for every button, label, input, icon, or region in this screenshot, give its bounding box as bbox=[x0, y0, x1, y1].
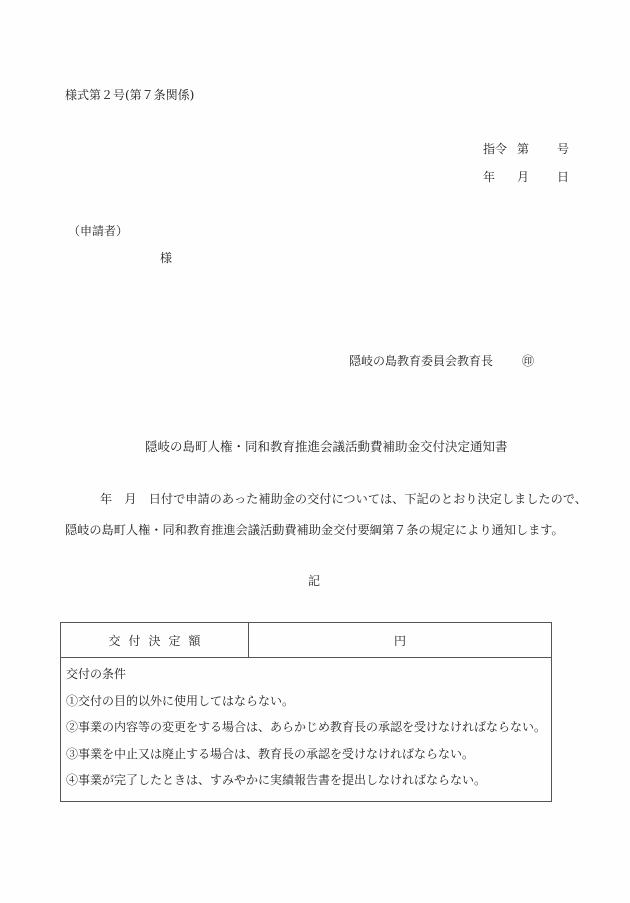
amount-value: 円 bbox=[249, 623, 551, 657]
ki-heading: 記 bbox=[308, 572, 320, 589]
condition-item: ②事業の内容等の変更をする場合は、あらかじめ教育長の承認を受けなければならない。 bbox=[66, 717, 547, 744]
condition-item: ④事業が完了したときは、すみやかに実績報告書を提出しなければならない。 bbox=[66, 770, 547, 797]
date-year: 年 bbox=[483, 168, 517, 185]
amount-unit: 円 bbox=[394, 632, 406, 649]
conditions-title: 交付の条件 bbox=[66, 664, 547, 691]
condition-item: ①交付の目的以外に使用してはならない。 bbox=[66, 691, 547, 718]
seal-mark: ㊞ bbox=[522, 352, 534, 369]
order-number: 指令第号 bbox=[483, 140, 569, 157]
applicant-label: （申請者） bbox=[68, 222, 128, 239]
order-prefix: 指令 bbox=[483, 140, 517, 157]
order-dai: 第 bbox=[517, 140, 557, 157]
date-day: 日 bbox=[557, 168, 569, 185]
condition-item: ③事業を中止又は廃止する場合は、教育長の承認を受けなければならない。 bbox=[66, 744, 547, 771]
amount-label: 交付決定額 bbox=[61, 623, 249, 657]
form-number: 様式第２号(第７条関係) bbox=[65, 86, 194, 103]
grant-decision-table: 交付決定額 円 交付の条件 ①交付の目的以外に使用してはならない。 ②事業の内容… bbox=[60, 622, 552, 802]
issuer-name: 隠岐の島教育委員会教育長 bbox=[349, 352, 493, 369]
issue-date: 年月日 bbox=[483, 168, 569, 185]
conditions-section: 交付の条件 ①交付の目的以外に使用してはならない。 ②事業の内容等の変更をする場… bbox=[61, 658, 551, 801]
honorific-sama: 様 bbox=[160, 249, 172, 266]
document-title: 隠岐の島町人権・同和教育推進会議活動費補助金交付決定通知書 bbox=[145, 437, 508, 455]
body-text-line-1: 年 月 日付で申請のあった補助金の交付については、下記のとおり決定しましたので、 bbox=[100, 490, 587, 507]
body-text-line-2: 隠岐の島町人権・同和教育推進会議活動費補助金交付要綱第７条の規定により通知します… bbox=[65, 521, 564, 538]
amount-row: 交付決定額 円 bbox=[61, 623, 551, 658]
order-go: 号 bbox=[557, 140, 569, 157]
date-month: 月 bbox=[517, 168, 557, 185]
